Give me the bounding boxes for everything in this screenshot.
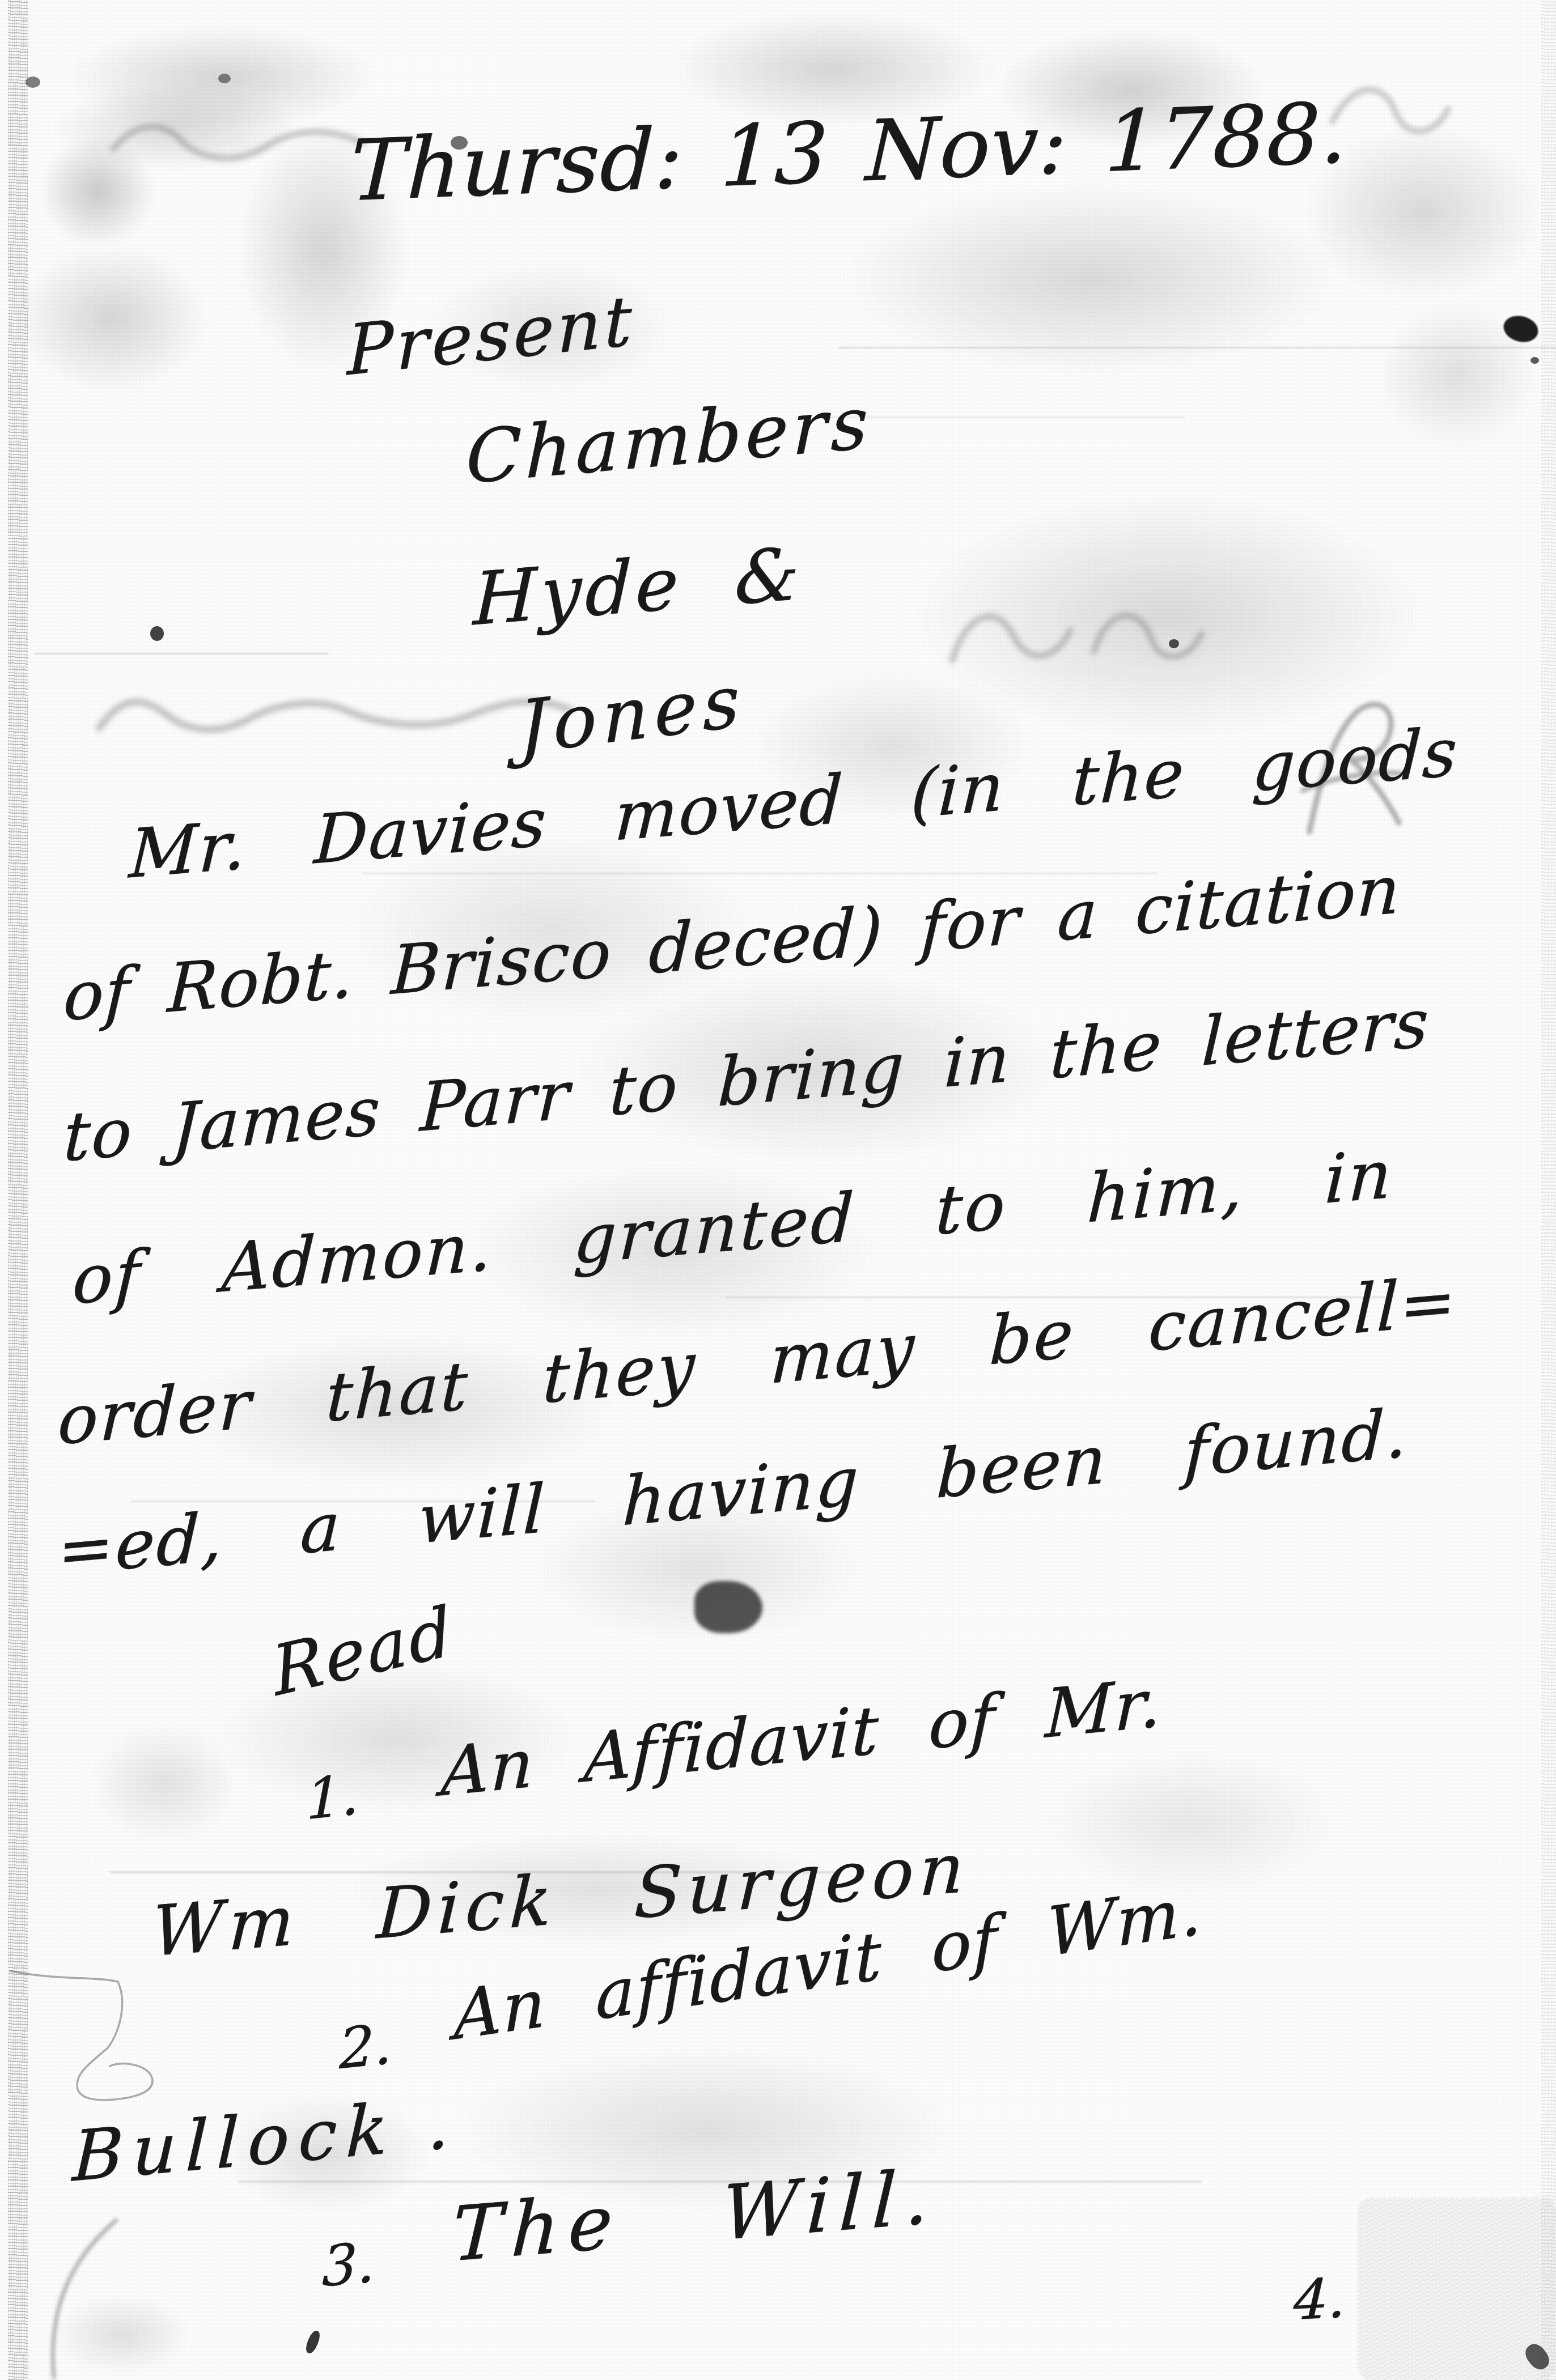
page-number: 4. [1292,2271,1346,2328]
ink-blot [218,74,231,83]
ink-blot [1169,639,1179,648]
ink-blot [26,76,40,88]
item-2-number: 2. [339,2016,392,2077]
item-1-number: 1. [306,1767,359,1828]
ink-blot [694,1581,762,1633]
ink-blot [1530,357,1539,364]
ink-blot [150,626,164,641]
item-3-number: 3. [321,2235,375,2296]
manuscript-page: Thursd: 13 Nov: 1788. Present Chambers H… [0,0,1556,2380]
